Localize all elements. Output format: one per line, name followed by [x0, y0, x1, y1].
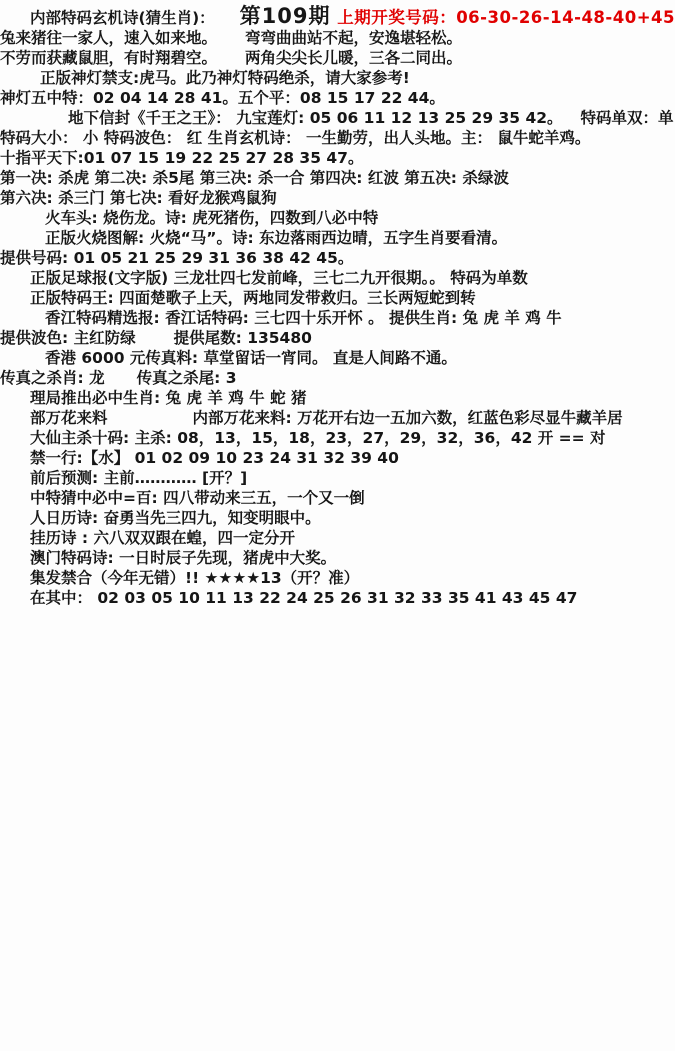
- zaiqizhong-line-seg-0: 在其中： 02 03 05 10 11 13 22 24 25 26 31 32…: [30, 588, 577, 608]
- xiangjiang-line-seg-0: 香江特码精选报: 香江话特码: 三七四十乐开怀 。 提供生肖: 兔 虎 羊 鸡 …: [45, 308, 562, 328]
- tigong-haoma-line-seg-0: 提供号码: 01 05 21 25 29 31 36 38 42 45。: [0, 248, 353, 268]
- aomen-temashi-line: 澳门特码诗: 一日时辰子先现，猪虎中大奖。: [0, 548, 675, 568]
- poem-line-2-seg-0: 不劳而获藏鼠胆，有时翔碧空。: [0, 48, 245, 68]
- dixia-xinfeng-line: 地下信封《千王之王》： 九宝莲灯: 05 06 11 12 13 25 29 3…: [0, 108, 675, 128]
- shaxiao-shawei-line: 传真之杀肖: 龙传真之杀尾: 3: [0, 368, 675, 388]
- bose-weishu-line-seg-0: 提供波色: 主红防绿: [0, 328, 136, 348]
- zhongte-caizhong-line-seg-0: 中特猜中必中=百: 四八带动来三五，一个又一倒: [30, 488, 365, 508]
- huochetou-line: 火车头: 烧伤龙。诗: 虎死猪伤，四数到八必中特: [0, 208, 675, 228]
- wanhua-line: 部万花来料内部万花来料: 万花开右边一五加六数，红蓝色彩尽显牛藏羊居: [0, 408, 675, 428]
- liju-shengxiao-line-seg-0: 理局推出必中生肖: 兔 虎 羊 鸡 牛 蛇 猪: [30, 388, 306, 408]
- zhongte-caizhong-line: 中特猜中必中=百: 四八带动来三五，一个又一倒: [0, 488, 675, 508]
- jue-1to5-line: 第一决: 杀虎 第二决: 杀5尾 第三决: 杀一合 第四决: 红波 第五决: 杀…: [0, 168, 675, 188]
- zuqiubao-line: 正版足球报(文字版) 三龙壮四七发前峰，三七二九开很期。。 特码为单数: [0, 268, 675, 288]
- lottery-tip-sheet: 内部特码玄机诗(猜生肖)：第109期上期开奖号码：06-30-26-14-48-…: [0, 0, 675, 1051]
- huochetou-line-seg-0: 火车头: 烧伤龙。诗: 虎死猪伤，四数到八必中特: [45, 208, 378, 228]
- jue-1to5-line-seg-0: 第一决: 杀虎 第二决: 杀5尾 第三决: 杀一合 第四决: 红波 第五决: 杀…: [0, 168, 509, 188]
- dixia-xinfeng-line-seg-0: 地下信封《千王之王》： 九宝莲灯: 05 06 11 12 13 25 29 3…: [68, 108, 563, 128]
- liju-shengxiao-line: 理局推出必中生肖: 兔 虎 羊 鸡 牛 蛇 猪: [0, 388, 675, 408]
- shendeng-ban-line: 正版神灯禁支:虎马。此乃神灯特码绝杀，请大家参考!: [0, 68, 675, 88]
- chuanzhen-6000-line: 香港 6000 元传真料: 草堂留话一宵同。 直是人间路不通。: [0, 348, 675, 368]
- renri-lishi-line: 人日历诗: 奋勇当先三四九，知变明眼中。: [0, 508, 675, 528]
- zaiqizhong-line: 在其中： 02 03 05 10 11 13 22 24 25 26 31 32…: [0, 588, 675, 608]
- qianhou-yuce-line: 前后预测: 主前………… [开？]: [0, 468, 675, 488]
- shaxiao-shawei-line-seg-1: 传真之杀尾: 3: [137, 368, 237, 388]
- header-line: 内部特码玄机诗(猜生肖)：第109期上期开奖号码：06-30-26-14-48-…: [0, 4, 675, 28]
- shendeng-numbers-line: 神灯五中特：02 04 14 28 41。五个平：08 15 17 22 44。: [0, 88, 675, 108]
- poem-line-1-seg-1: 弯弯曲曲站不起，安逸堪轻松。: [245, 28, 462, 48]
- sheet-lines: 内部特码玄机诗(猜生肖)：第109期上期开奖号码：06-30-26-14-48-…: [0, 4, 675, 608]
- header-line-seg-1: 第109期: [240, 4, 338, 28]
- temawang-line: 正版特码王: 四面楚歌子上天，两地同发带救归。三长两短蛇到转: [0, 288, 675, 308]
- jifa-jinhe-line-seg-0: 集发禁合（今年无错）!! ★★★★13（开？准）: [30, 568, 359, 588]
- poem-line-2: 不劳而获藏鼠胆，有时翔碧空。两角尖尖长儿暖，三各二同出。: [0, 48, 675, 68]
- daxiao-bose-line: 特码大小： 小 特码波色： 红 生肖玄机诗： 一生勤劳，出人头地。主： 鼠牛蛇羊…: [0, 128, 675, 148]
- wanhua-line-seg-1: 内部万花来料: 万花开右边一五加六数，红蓝色彩尽显牛藏羊居: [193, 408, 623, 428]
- guali-shi-line: 挂历诗 : 六八双双跟在蝗，四一定分开: [0, 528, 675, 548]
- qianhou-yuce-line-seg-0: 前后预测: 主前………… [开？]: [30, 468, 247, 488]
- bose-weishu-line-seg-1: 提供尾数: 135480: [174, 328, 312, 348]
- header-line-seg-2: 上期开奖号码：06-30-26-14-48-40+45: [337, 6, 675, 30]
- shaxiao-shawei-line-seg-0: 传真之杀肖: 龙: [0, 368, 105, 388]
- poem-line-1: 兔来猪往一家人，速入如来地。弯弯曲曲站不起，安逸堪轻松。: [0, 28, 675, 48]
- huoshao-tujie-line-seg-0: 正版火烧图解: 火烧“马”。诗: 东边落雨西边晴，五字生肖要看清。: [45, 228, 507, 248]
- xiangjiang-line: 香江特码精选报: 香江话特码: 三七四十乐开怀 。 提供生肖: 兔 虎 羊 鸡 …: [0, 308, 675, 328]
- chuanzhen-6000-line-seg-0: 香港 6000 元传真料: 草堂留话一宵同。 直是人间路不通。: [45, 348, 457, 368]
- header-line-seg-0: 内部特码玄机诗(猜生肖)：: [30, 6, 240, 30]
- shendeng-ban-line-seg-0: 正版神灯禁支:虎马。此乃神灯特码绝杀，请大家参考!: [40, 68, 410, 88]
- guali-shi-line-seg-0: 挂历诗 : 六八双双跟在蝗，四一定分开: [30, 528, 295, 548]
- poem-line-2-seg-1: 两角尖尖长儿暖，三各二同出。: [245, 48, 462, 68]
- tigong-haoma-line: 提供号码: 01 05 21 25 29 31 36 38 42 45。: [0, 248, 675, 268]
- jue-6to7-line-seg-0: 第六决: 杀三门 第七决: 看好龙猴鸡鼠狗: [0, 188, 277, 208]
- wanhua-line-seg-0: 部万花来料: [30, 408, 108, 428]
- zuqiubao-line-seg-0: 正版足球报(文字版) 三龙壮四七发前峰，三七二九开很期。。 特码为单数: [30, 268, 528, 288]
- dixia-xinfeng-line-seg-1: 特码单双：单: [581, 108, 674, 128]
- shizhi-pingtianxia-line: 十指平天下:01 07 15 19 22 25 27 28 35 47。: [0, 148, 675, 168]
- huoshao-tujie-line: 正版火烧图解: 火烧“马”。诗: 东边落雨西边晴，五字生肖要看清。: [0, 228, 675, 248]
- temawang-line-seg-0: 正版特码王: 四面楚歌子上天，两地同发带救归。三长两短蛇到转: [30, 288, 476, 308]
- bose-weishu-line: 提供波色: 主红防绿提供尾数: 135480: [0, 328, 675, 348]
- jifa-jinhe-line: 集发禁合（今年无错）!! ★★★★13（开？准）: [0, 568, 675, 588]
- aomen-temashi-line-seg-0: 澳门特码诗: 一日时辰子先现，猪虎中大奖。: [30, 548, 336, 568]
- daxian-zhusha-line: 大仙主杀十码: 主杀: 08，13，15，18，23，27，29，32，36，4…: [0, 428, 675, 448]
- jue-6to7-line: 第六决: 杀三门 第七决: 看好龙猴鸡鼠狗: [0, 188, 675, 208]
- jin-yihang-line: 禁一行:【水】 01 02 09 10 23 24 31 32 39 40: [0, 448, 675, 468]
- daxiao-bose-line-seg-0: 特码大小： 小 特码波色： 红 生肖玄机诗： 一生勤劳，出人头地。主： 鼠牛蛇羊…: [0, 128, 590, 148]
- shizhi-pingtianxia-line-seg-0: 十指平天下:01 07 15 19 22 25 27 28 35 47。: [0, 148, 363, 168]
- renri-lishi-line-seg-0: 人日历诗: 奋勇当先三四九，知变明眼中。: [30, 508, 321, 528]
- daxian-zhusha-line-seg-0: 大仙主杀十码: 主杀: 08，13，15，18，23，27，29，32，36，4…: [30, 428, 606, 448]
- jin-yihang-line-seg-0: 禁一行:【水】 01 02 09 10 23 24 31 32 39 40: [30, 448, 399, 468]
- shendeng-numbers-line-seg-0: 神灯五中特：02 04 14 28 41。五个平：08 15 17 22 44。: [0, 88, 445, 108]
- poem-line-1-seg-0: 兔来猪往一家人，速入如来地。: [0, 28, 245, 48]
